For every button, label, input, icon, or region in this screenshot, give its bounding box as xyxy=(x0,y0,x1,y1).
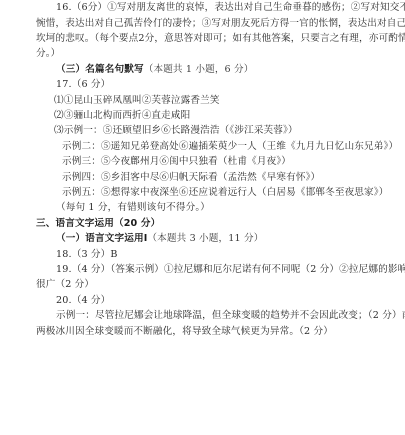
answer-key-page-lower xyxy=(0,0,405,435)
